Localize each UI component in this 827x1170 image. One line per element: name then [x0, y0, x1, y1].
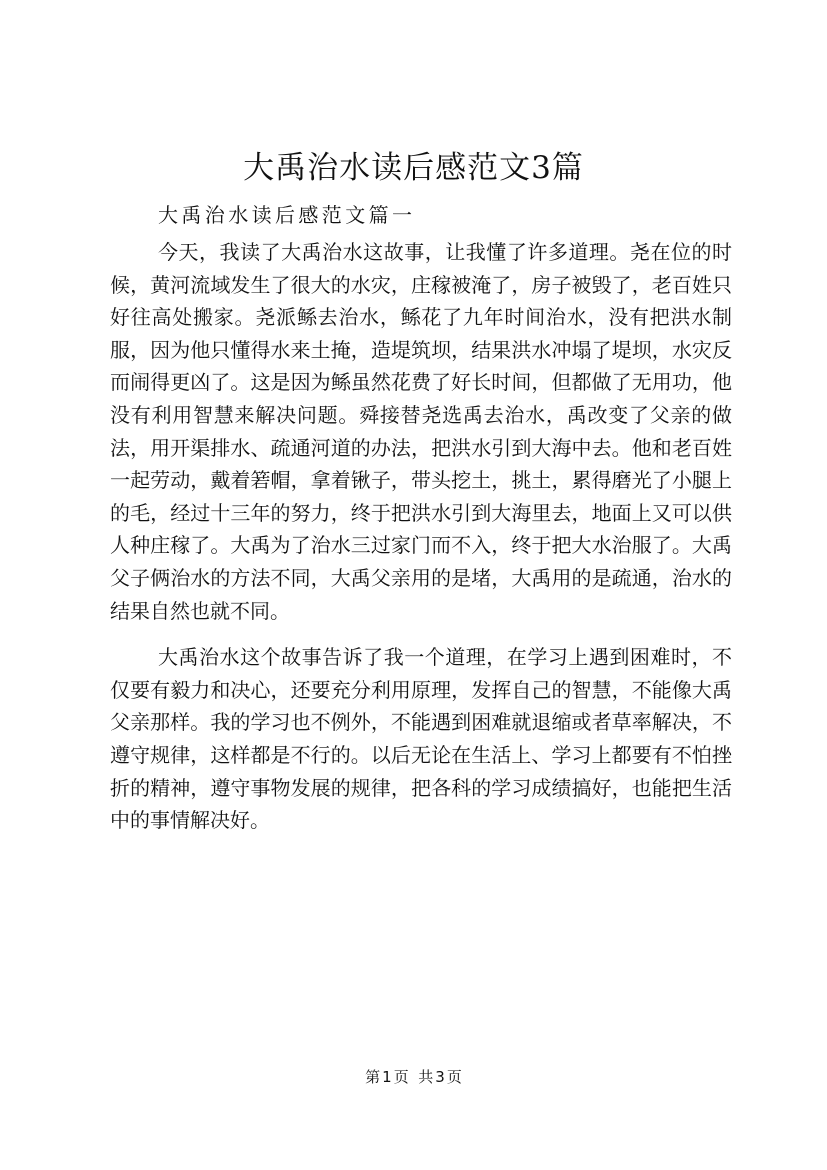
section-heading: 大禹治水读后感范文篇一	[158, 201, 415, 229]
document-page: 大禹治水读后感范文3篇 大禹治水读后感范文篇一 今天，我读了大禹治水这故事，让我…	[0, 0, 827, 1170]
paragraph-2: 大禹治水这个故事告诉了我一个道理，在学习上遇到困难时，不仅要有毅力和决心，还要充…	[110, 641, 732, 837]
page-number-footer: 第1页 共3页	[0, 1067, 827, 1087]
page-label-mid: 页 共	[394, 1068, 434, 1086]
document-title: 大禹治水读后感范文3篇	[0, 146, 827, 190]
current-page-number: 1	[382, 1068, 392, 1086]
page-label-suffix: 页	[447, 1068, 462, 1086]
total-pages-number: 3	[435, 1068, 445, 1086]
paragraph-1: 今天，我读了大禹治水这故事，让我懂了许多道理。尧在位的时候，黄河流域发生了很大的…	[110, 236, 732, 627]
document-body: 今天，我读了大禹治水这故事，让我懂了许多道理。尧在位的时候，黄河流域发生了很大的…	[110, 236, 732, 837]
page-label-prefix: 第	[365, 1068, 380, 1086]
